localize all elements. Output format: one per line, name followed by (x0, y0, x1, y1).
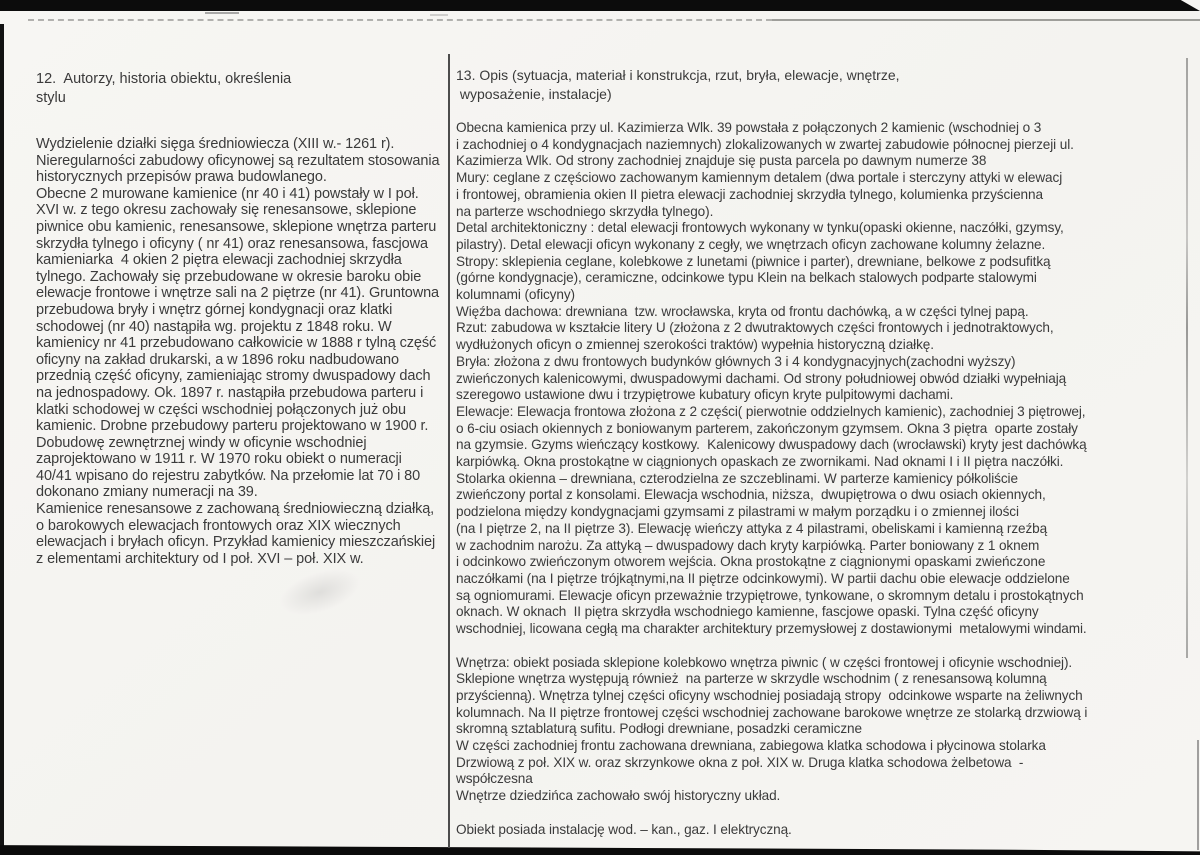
text-line: Stropy: sklepienia ceglane, kolebkowe z … (456, 254, 1168, 271)
section-12-heading: 12. Autorzy, historia obiektu, określeni… (36, 70, 436, 108)
text-line: Więźba dachowa: drewniana tzw. wrocławsk… (456, 304, 1168, 321)
text-line: zwieńczony portal z konsolami. Elewacja … (456, 487, 1168, 504)
text-line: są ogniomurami. Elewacje oficyn przeważn… (456, 588, 1168, 605)
right-margin-rule (1186, 58, 1188, 658)
text-line: Drzwiową z poł. XIX w. oraz skrzynkowe o… (456, 755, 1168, 772)
text-line: i frontowej, obramienia okien II pietra … (456, 187, 1168, 204)
text-line: wyposażenie, instalacje) (456, 85, 1176, 104)
text-line: W części zachodniej frontu zachowana dre… (456, 738, 1168, 755)
text-line: 12. Autorzy, historia obiektu, określeni… (36, 70, 436, 89)
text-line: w zachodnim narożu. Za attyką – dwuspado… (456, 538, 1168, 555)
scanned-document-page: 12. Autorzy, historia obiektu, określeni… (0, 0, 1200, 855)
text-line: o barokowych elewacjach frontowych oraz … (36, 518, 450, 535)
text-line: Kamienice renesansowe z zachowaną średni… (36, 501, 450, 518)
text-line: z elementami architektury od I poł. XVI … (36, 551, 450, 568)
text-line: zaprojektowano w 1911 r. W 1970 roku obi… (36, 451, 450, 468)
text-line: skromną sztablaturą sufitu. Podłogi drew… (456, 721, 1168, 738)
text-line: oknach. W oknach II piętra skrzydła wsch… (456, 604, 1168, 621)
text-line: Obecne 2 murowane kamienice (nr 40 i 41)… (36, 186, 450, 203)
text-line: wschodniej, licowana cegłą ma charakter … (456, 621, 1168, 638)
section-12-body-text: Wydzielenie działki sięga średniowiecza … (36, 136, 450, 567)
text-line: na gzymsie. Gzyms wieńczący kostkowy. Ka… (456, 437, 1168, 454)
text-line: zwieńczonych kalenicowymi, dwuspadowymi … (456, 371, 1168, 388)
text-line: (górne kondygnacje), ceramiczne, odcinko… (456, 270, 1168, 287)
text-line: karpiówką. Okna prostokątne w ciągnionyc… (456, 454, 1168, 471)
text-line: Stolarka okienna – drewniana, czterodzie… (456, 471, 1168, 488)
text-line: Obecna kamienica przy ul. Kazimierza Wlk… (456, 120, 1168, 137)
text-line: schodowej (nr 40) nastąpiła wg. projektu… (36, 319, 450, 336)
text-line: pilastry). Detal elewacji oficyn wykonan… (456, 237, 1168, 254)
scan-smudge-artifact (274, 560, 366, 624)
text-line: Nieregularności zabudowy oficynowej są r… (36, 153, 450, 170)
scan-top-edge-bar (0, 0, 1200, 11)
text-line: podzielona między kondygnacjami gzymsami… (456, 504, 1168, 521)
text-line: 13. Opis (sytuacja, materiał i konstrukc… (456, 66, 1176, 85)
text-line: przebudowa bryły i wnętrz górnej kondygn… (36, 302, 450, 319)
text-line: kamienic. Drobne przebudowy parteru proj… (36, 418, 450, 435)
scan-speck (205, 12, 239, 14)
text-line: Dobudowę zewnętrznej windy w oficynie ws… (36, 435, 450, 452)
section-13-heading: 13. Opis (sytuacja, materiał i konstrukc… (456, 66, 1176, 104)
text-line: dokonano zmiany numeracji na 39. (36, 484, 450, 501)
text-line: Mury: ceglane z częściowo zachowanym kam… (456, 170, 1168, 187)
text-line: o 6-ciu osiach okiennych z boniowanym pa… (456, 421, 1168, 438)
text-line: historycznych przepisów prawa budowlaneg… (36, 169, 450, 186)
text-line: Rzut: zabudowa w kształcie litery U (zło… (456, 320, 1168, 337)
text-line: szeregowo ustawione dwu i trzypiętrowe k… (456, 387, 1168, 404)
text-line: oficyny na zakład drukarski, a w 1896 ro… (36, 352, 450, 369)
text-line: i odcinkowo zwieńczonym otworem wejścia.… (456, 554, 1168, 571)
text-line: kamieniarka 4 okien 2 piętra elewacji za… (36, 252, 450, 269)
text-line: 40/41 wpisano do rejestru zabytków. Na p… (36, 468, 450, 485)
text-line: Elewacje: Elewacja frontowa złożona z 2 … (456, 404, 1168, 421)
text-line: na parterze wschodniego skrzydła tylnego… (456, 204, 1168, 221)
scan-bottom-edge-bar (0, 843, 1200, 855)
text-line: klatki schodowej w części wschodniej poł… (36, 402, 450, 419)
text-line: (na I piętrze 2, na II piętrze 3). Elewa… (456, 521, 1168, 538)
text-line: tylnego. Zachowały się przebudowane w ok… (36, 269, 450, 286)
text-line: kolumnami (oficyny) (456, 287, 1168, 304)
text-line: kolumnach. Na II piętrze frontowej częśc… (456, 705, 1168, 722)
top-horizontal-rule-solid (772, 19, 1200, 21)
text-line: Detal architektoniczny : detal elewacji … (456, 220, 1168, 237)
text-line (456, 638, 1168, 655)
text-line: Wnętrza: obiekt posiada sklepione kolebk… (456, 655, 1168, 672)
text-line: Wnętrze dziedzińca zachowało swój histor… (456, 788, 1168, 805)
text-line (456, 805, 1168, 822)
text-line: skrzydła tylnego i oficyny ( nr 41) oraz… (36, 236, 450, 253)
text-line: stylu (36, 89, 436, 108)
scan-right-edge-line (1197, 740, 1199, 850)
text-line: naczółkami (na I piętrze trójkątnymi,na … (456, 571, 1168, 588)
text-line: współczesna (456, 771, 1168, 788)
text-line: Sklepione wnętrza występują również na p… (456, 671, 1168, 688)
text-line: i zachodniej o 4 kondygnacjach naziemnyc… (456, 137, 1168, 154)
text-line: XVI w. z tego okresu zachowały się renes… (36, 202, 450, 219)
text-line: Kazimierza Wlk. Od strony zachodniej zna… (456, 153, 1168, 170)
text-line: kamienicy nr 41 przebudowano całkowicie … (36, 335, 450, 352)
section-13-body-text: Obecna kamienica przy ul. Kazimierza Wlk… (456, 120, 1168, 838)
text-line: elewacje frontowe i wnętrze sali na 2 pi… (36, 285, 450, 302)
text-line: Bryła: złożona z dwu frontowych budynków… (456, 354, 1168, 371)
scan-speck (430, 14, 448, 16)
scan-left-edge-bar (0, 24, 4, 850)
text-line: wydłużonych oficyn o zmiennej szerokości… (456, 337, 1168, 354)
text-line: na jednospadowy. Ok. 1897 r. nastąpiła p… (36, 385, 450, 402)
text-line: elewacjach i bryłach oficyn. Przykład ka… (36, 534, 450, 551)
text-line: przednią część oficyny, zamieniając stro… (36, 368, 450, 385)
text-line: Obiekt posiada instalację wod. – kan., g… (456, 822, 1168, 839)
text-line: przyścienną). Wnętrza tylnej części ofic… (456, 688, 1168, 705)
top-horizontal-rule-dashed (28, 19, 772, 21)
text-line: Wydzielenie działki sięga średniowiecza … (36, 136, 450, 153)
text-line: piwnice obu kamienic, renesansowe, sklep… (36, 219, 450, 236)
